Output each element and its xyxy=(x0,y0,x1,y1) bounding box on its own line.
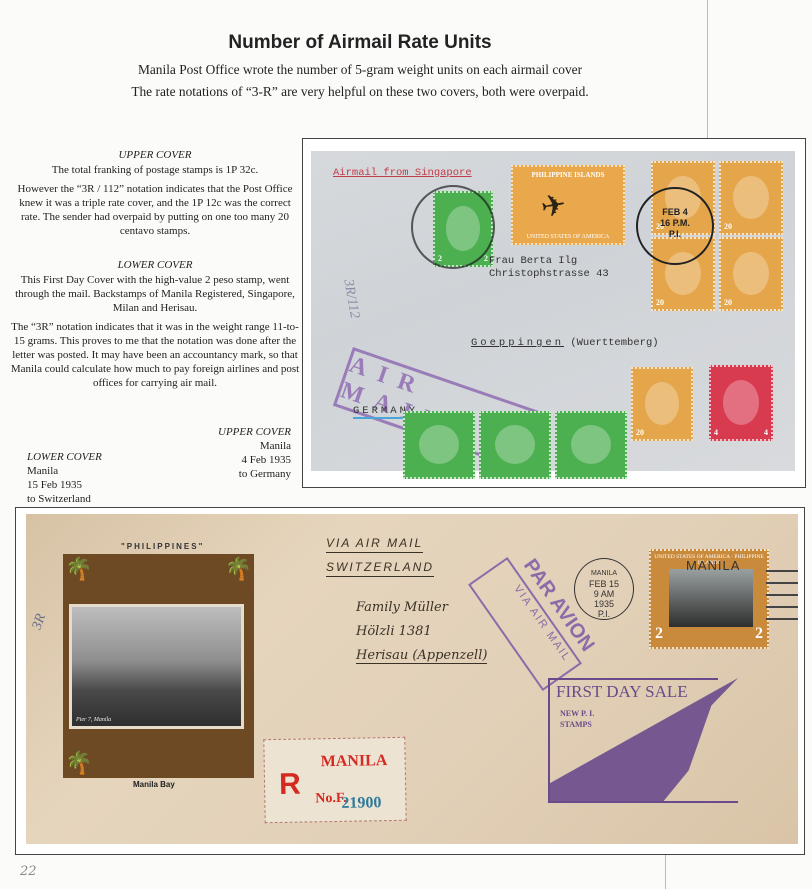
green-2c-airmail-stamp xyxy=(403,411,475,479)
cachet-title: "PHILIPPINES" xyxy=(121,542,204,551)
caption-line: 4 Feb 1935 xyxy=(218,453,291,467)
airmail-from-singapore-annotation: Airmail from Singapore xyxy=(333,167,472,179)
caption-line: 15 Feb 1935 xyxy=(27,478,102,492)
manila-postmark: MANILA FEB 15 9 AM 1935 P.I. xyxy=(574,558,634,620)
lower-cover-notes: LOWER COVER This First Day Cover with th… xyxy=(10,258,300,395)
notes-paragraph: The “3R” notation indicates that it was … xyxy=(10,320,300,390)
postmark-year: 1935 xyxy=(575,599,633,609)
cancel-line xyxy=(766,618,798,620)
notes-paragraph: The total franking of postage stamps is … xyxy=(10,163,300,177)
recipient-address: Frau Berta Ilg Christophstrasse 43 xyxy=(489,255,609,281)
cancel-line xyxy=(766,582,798,584)
postmark-region: P.I. xyxy=(575,609,633,619)
registration-label: R MANILA No.F. 21900 xyxy=(263,737,406,823)
stamp-portrait xyxy=(733,176,769,219)
palm-tree-icon: 🌴 xyxy=(65,556,92,582)
stamp-value: 20 xyxy=(724,222,732,231)
stamp-value: 4 xyxy=(764,428,768,437)
manila-postmark: FEB 4 16 P.M. P.I. xyxy=(636,187,714,265)
red-4c-stamp: 44 xyxy=(709,365,773,441)
cancel-line xyxy=(766,594,798,596)
caption-heading: UPPER COVER xyxy=(218,425,291,439)
manila-bay-cachet: 🌴 🌴 🌴 Pier 7, Manila xyxy=(63,554,254,778)
via-air-mail-handwriting: VIA AIR MAIL xyxy=(326,536,423,553)
first-day-subtitle: NEW P. I. STAMPS xyxy=(560,708,594,730)
first-day-line: NEW P. I. xyxy=(560,708,594,719)
postmark-date: FEB 15 xyxy=(575,579,633,589)
orange-20c-stamp: 20 xyxy=(719,161,783,235)
stamp-value: 20 xyxy=(656,298,664,307)
battleship-vignette xyxy=(669,569,753,627)
cancel-line xyxy=(766,606,798,608)
upper-cover-notes: UPPER COVER The total franking of postag… xyxy=(10,148,300,243)
notes-paragraph: However the “3R / 112” notation indicate… xyxy=(10,182,300,238)
notes-paragraph: This First Day Cover with the high-value… xyxy=(10,273,300,315)
lower-cover-frame: "PHILIPPINES" 🌴 🌴 🌴 Pier 7, Manila Manil… xyxy=(15,507,805,855)
upper-cover-envelope: Airmail from Singapore 2 2 PHILIPPINE IS… xyxy=(311,151,795,471)
caption-line: to Germany xyxy=(218,467,291,481)
upper-cover-frame: Airmail from Singapore 2 2 PHILIPPINE IS… xyxy=(302,138,806,488)
recipient-street: Hölzli 1381 xyxy=(356,624,432,639)
upper-cover-caption: UPPER COVER Manila 4 Feb 1935 to Germany xyxy=(218,425,291,481)
stamp-value: 20 xyxy=(724,298,732,307)
cachet-border xyxy=(548,678,718,680)
stamp-portrait xyxy=(571,425,612,465)
rate-notation: 3R/112 xyxy=(339,278,362,320)
green-2c-airmail-stamp xyxy=(479,411,551,479)
photo-credit: Pier 7, Manila xyxy=(76,717,111,723)
first-day-title: FIRST DAY SALE xyxy=(556,682,688,702)
stamp-portrait xyxy=(723,380,759,425)
page-title: Number of Airmail Rate Units xyxy=(100,32,620,54)
registration-letter: R xyxy=(279,768,301,802)
caption-line: to Switzerland xyxy=(27,492,102,506)
guide-line xyxy=(665,855,666,889)
cancel-line xyxy=(766,570,798,572)
postmark-time: 16 P.M. xyxy=(638,218,712,229)
address-line: Frau Berta Ilg xyxy=(489,255,609,268)
rate-notation: 3R xyxy=(30,612,50,632)
city-name: Goeppingen xyxy=(471,337,564,349)
guide-line xyxy=(707,0,708,138)
notes-heading: LOWER COVER xyxy=(10,258,300,272)
palm-tree-icon: 🌴 xyxy=(65,750,92,776)
stamp-portrait xyxy=(733,252,769,295)
stamp-footer: UNITED STATES OF AMERICA xyxy=(513,234,623,240)
lower-cover-envelope: "PHILIPPINES" 🌴 🌴 🌴 Pier 7, Manila Manil… xyxy=(26,514,798,844)
recipient-town: Herisau (Appenzell) xyxy=(356,648,487,664)
stamp-portrait xyxy=(645,382,680,425)
manila-bay-photo: Pier 7, Manila xyxy=(69,604,244,729)
first-day-line: STAMPS xyxy=(560,719,594,730)
postmark-region: P.I. xyxy=(638,229,712,240)
page-subtitle: Manila Post Office wrote the number of 5… xyxy=(100,62,620,78)
address-line: Christophstrasse 43 xyxy=(489,268,609,281)
stamp-value: 2 xyxy=(484,254,488,263)
registration-city: MANILA xyxy=(321,752,388,771)
stamp-value: 4 xyxy=(714,428,718,437)
airmail-overprint-stamp: PHILIPPINE ISLANDS ✈ UNITED STATES OF AM… xyxy=(511,165,625,245)
slogan-cancel: MANILA xyxy=(686,558,740,573)
stamp-value: 2 xyxy=(655,625,663,643)
caption-line: Manila xyxy=(27,464,102,478)
stamp-portrait xyxy=(495,425,536,465)
page-subtitle: The rate notations of “3-R” are very hel… xyxy=(100,84,620,100)
caption-line: Manila xyxy=(218,439,291,453)
orange-20c-stamp: 20 xyxy=(719,237,783,311)
postmark-time: 9 AM xyxy=(575,589,633,599)
stamp-header: PHILIPPINE ISLANDS xyxy=(513,171,623,179)
lower-cover-caption: LOWER COVER Manila 15 Feb 1935 to Switze… xyxy=(27,450,102,506)
recipient-name: Family Müller xyxy=(356,600,448,615)
orange-20c-stamp: 20 xyxy=(631,367,693,441)
postmark-city: MANILA xyxy=(575,569,633,579)
stamp-value: 20 xyxy=(636,428,644,437)
stamp-portrait xyxy=(419,425,460,465)
notes-heading: UPPER COVER xyxy=(10,148,300,162)
recipient-city: Goeppingen (Wuerttemberg) xyxy=(471,337,659,350)
green-2c-airmail-stamp xyxy=(555,411,627,479)
airplane-icon: ✈ xyxy=(538,187,569,226)
palm-tree-icon: 🌴 xyxy=(225,556,252,582)
registration-number: 21900 xyxy=(341,794,381,813)
destination-handwriting: SWITZERLAND xyxy=(326,560,434,577)
photo-caption: Manila Bay xyxy=(133,780,175,789)
manila-postmark xyxy=(411,185,495,269)
first-day-sale-cachet: FIRST DAY SALE NEW P. I. STAMPS xyxy=(548,678,738,803)
caption-heading: LOWER COVER xyxy=(27,450,102,464)
stamp-value: 2 xyxy=(755,625,763,643)
city-region: (Wuerttemberg) xyxy=(570,337,658,349)
page-number: 22 xyxy=(20,864,37,879)
postmark-date: FEB 4 xyxy=(638,207,712,218)
